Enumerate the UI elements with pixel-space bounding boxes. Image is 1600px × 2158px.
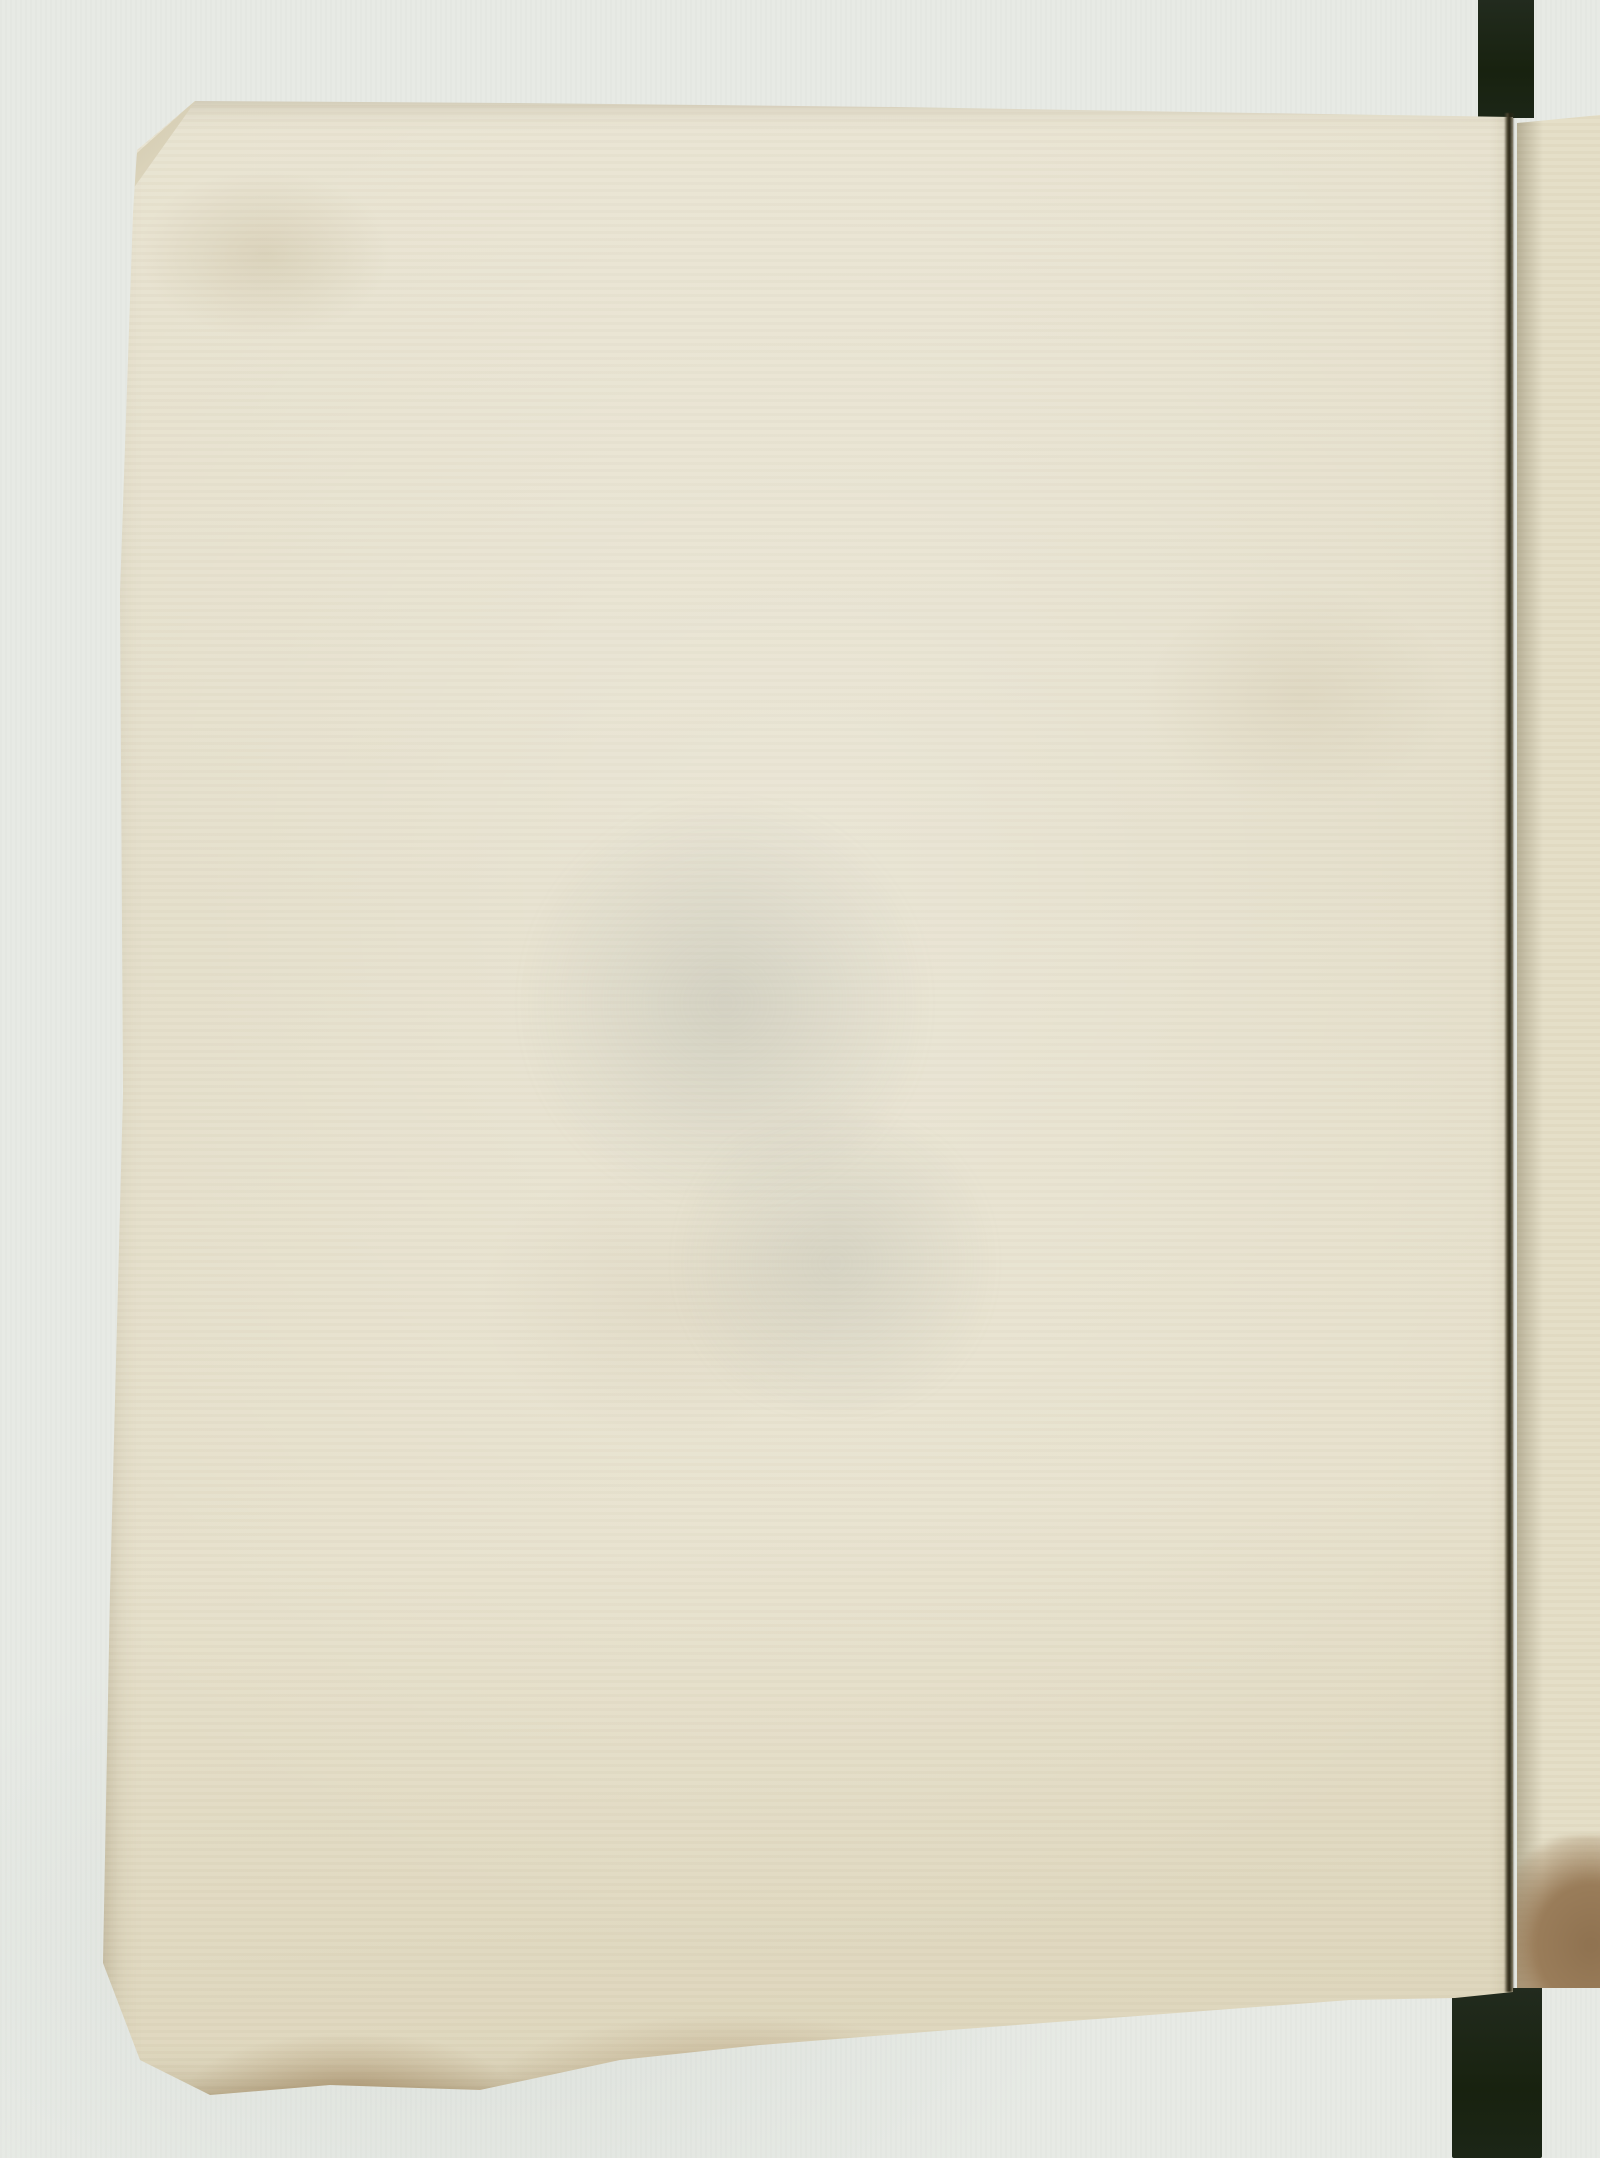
water-stain [1517, 1835, 1600, 1988]
binding-strip-bottom [1452, 1988, 1542, 2158]
book-gutter [1504, 113, 1514, 1992]
archival-scan-viewport: { "archive_watermark_top": { "text": "Ar… [0, 0, 1600, 2158]
adjacent-page-sliver [1517, 115, 1600, 1988]
binding-strip-top [1478, 0, 1534, 118]
bleed-through-smudge [655, 1113, 1015, 1413]
corner-fold [125, 93, 235, 203]
manuscript-page [95, 93, 1513, 2103]
